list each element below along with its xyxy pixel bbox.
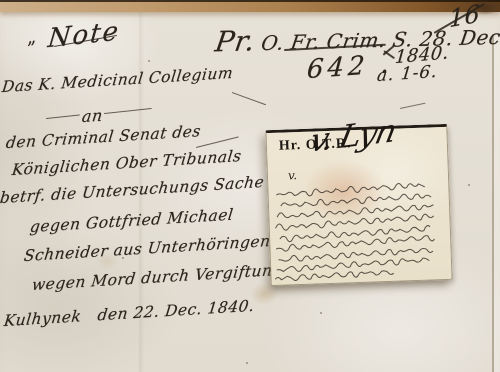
note-line-charge: wegen Mord durch Vergiftung: [31, 261, 284, 295]
manuscript-page-photo: Pr. O. Fr. Crim. S. 28. Dec: 16 1840. 64…: [0, 0, 500, 372]
ink-speck: [468, 184, 470, 186]
page-fold-highlight: [494, 34, 500, 372]
slip-scribbles: [266, 127, 451, 285]
note-line-accused: gegen Gottfried Michael: [29, 205, 234, 236]
ink-speck: [320, 312, 322, 314]
note-line-place-date: Kulhynek den 22. Dec. 1840.: [3, 297, 255, 330]
note-line-recipient: Das K. Medicinal Collegium: [1, 64, 234, 96]
pasted-slip: Hr. O.T.R. v. Lyn v.: [265, 124, 452, 286]
note-line-betreff: betrf. die Untersuchungs Sache: [0, 173, 265, 207]
note-line-an: an: [81, 106, 104, 126]
flourish-above-slip: [400, 103, 426, 110]
note-line-tribunal: Königlichen Ober Tribunals: [11, 147, 243, 179]
an-lead-flourish: [46, 114, 80, 119]
senat-tail-flourish: [196, 136, 239, 148]
note-line-occupation: Schneider aus Unterhöringen: [23, 232, 272, 265]
docket-prefix: Pr.: [213, 24, 258, 58]
docket-annex: a. 1-6.: [376, 62, 439, 86]
note-quote-mark: „: [24, 26, 37, 48]
docket-day: 16: [449, 0, 480, 33]
ink-speck: [148, 60, 150, 62]
an-tail-flourish: [104, 108, 152, 114]
collegium-tail-stroke: [232, 92, 266, 105]
ink-speck: [246, 362, 248, 364]
paper-stain: [96, 252, 118, 270]
note-line-senat: den Criminal Senat des: [5, 122, 202, 152]
paper-stain: [250, 283, 278, 305]
ink-speck: [122, 257, 124, 259]
